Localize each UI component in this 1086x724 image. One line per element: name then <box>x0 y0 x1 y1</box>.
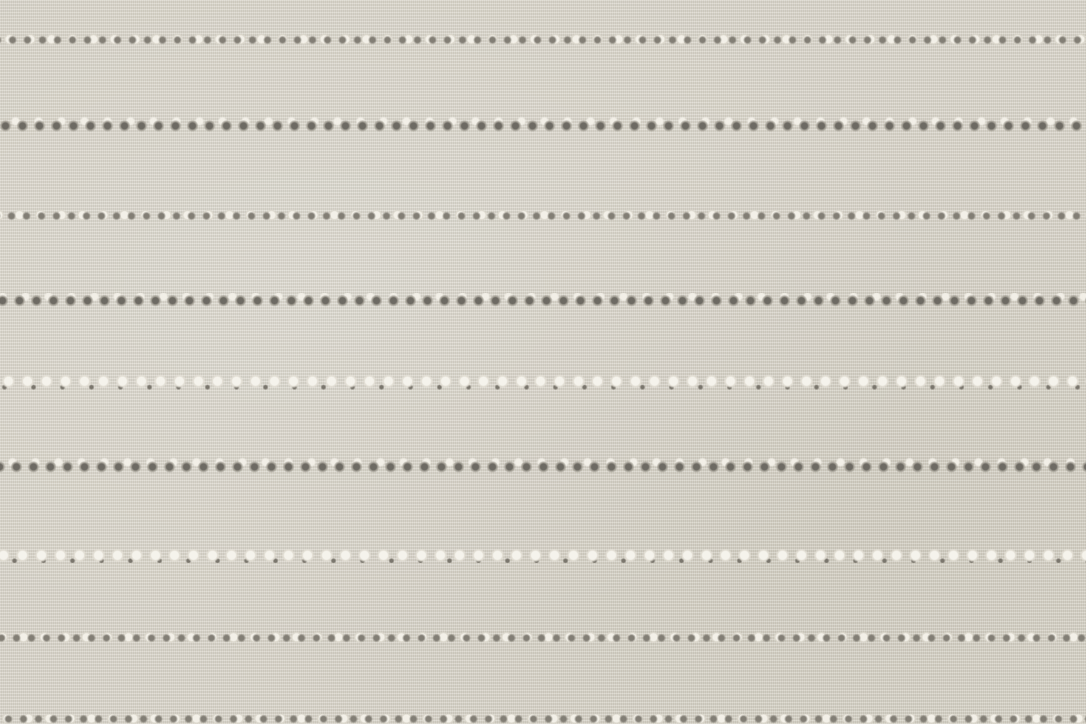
boucle-stripe <box>0 33 1086 47</box>
boucle-stripe <box>0 549 1086 563</box>
boucle-stripe <box>0 457 1086 475</box>
fabric-texture <box>0 0 1086 724</box>
boucle-stripe <box>0 714 1086 724</box>
boucle-knots <box>0 293 1086 307</box>
boucle-stripe <box>0 293 1086 307</box>
boucle-stripe <box>0 116 1086 134</box>
boucle-knots <box>0 374 1086 390</box>
boucle-stripe <box>0 374 1086 390</box>
boucle-knots <box>0 207 1086 225</box>
boucle-knots <box>0 457 1086 475</box>
boucle-stripe <box>0 630 1086 646</box>
boucle-knots <box>0 116 1086 134</box>
boucle-knots <box>0 549 1086 563</box>
boucle-knots <box>0 630 1086 646</box>
boucle-knots <box>0 714 1086 724</box>
boucle-knots <box>0 33 1086 47</box>
boucle-stripe <box>0 207 1086 225</box>
